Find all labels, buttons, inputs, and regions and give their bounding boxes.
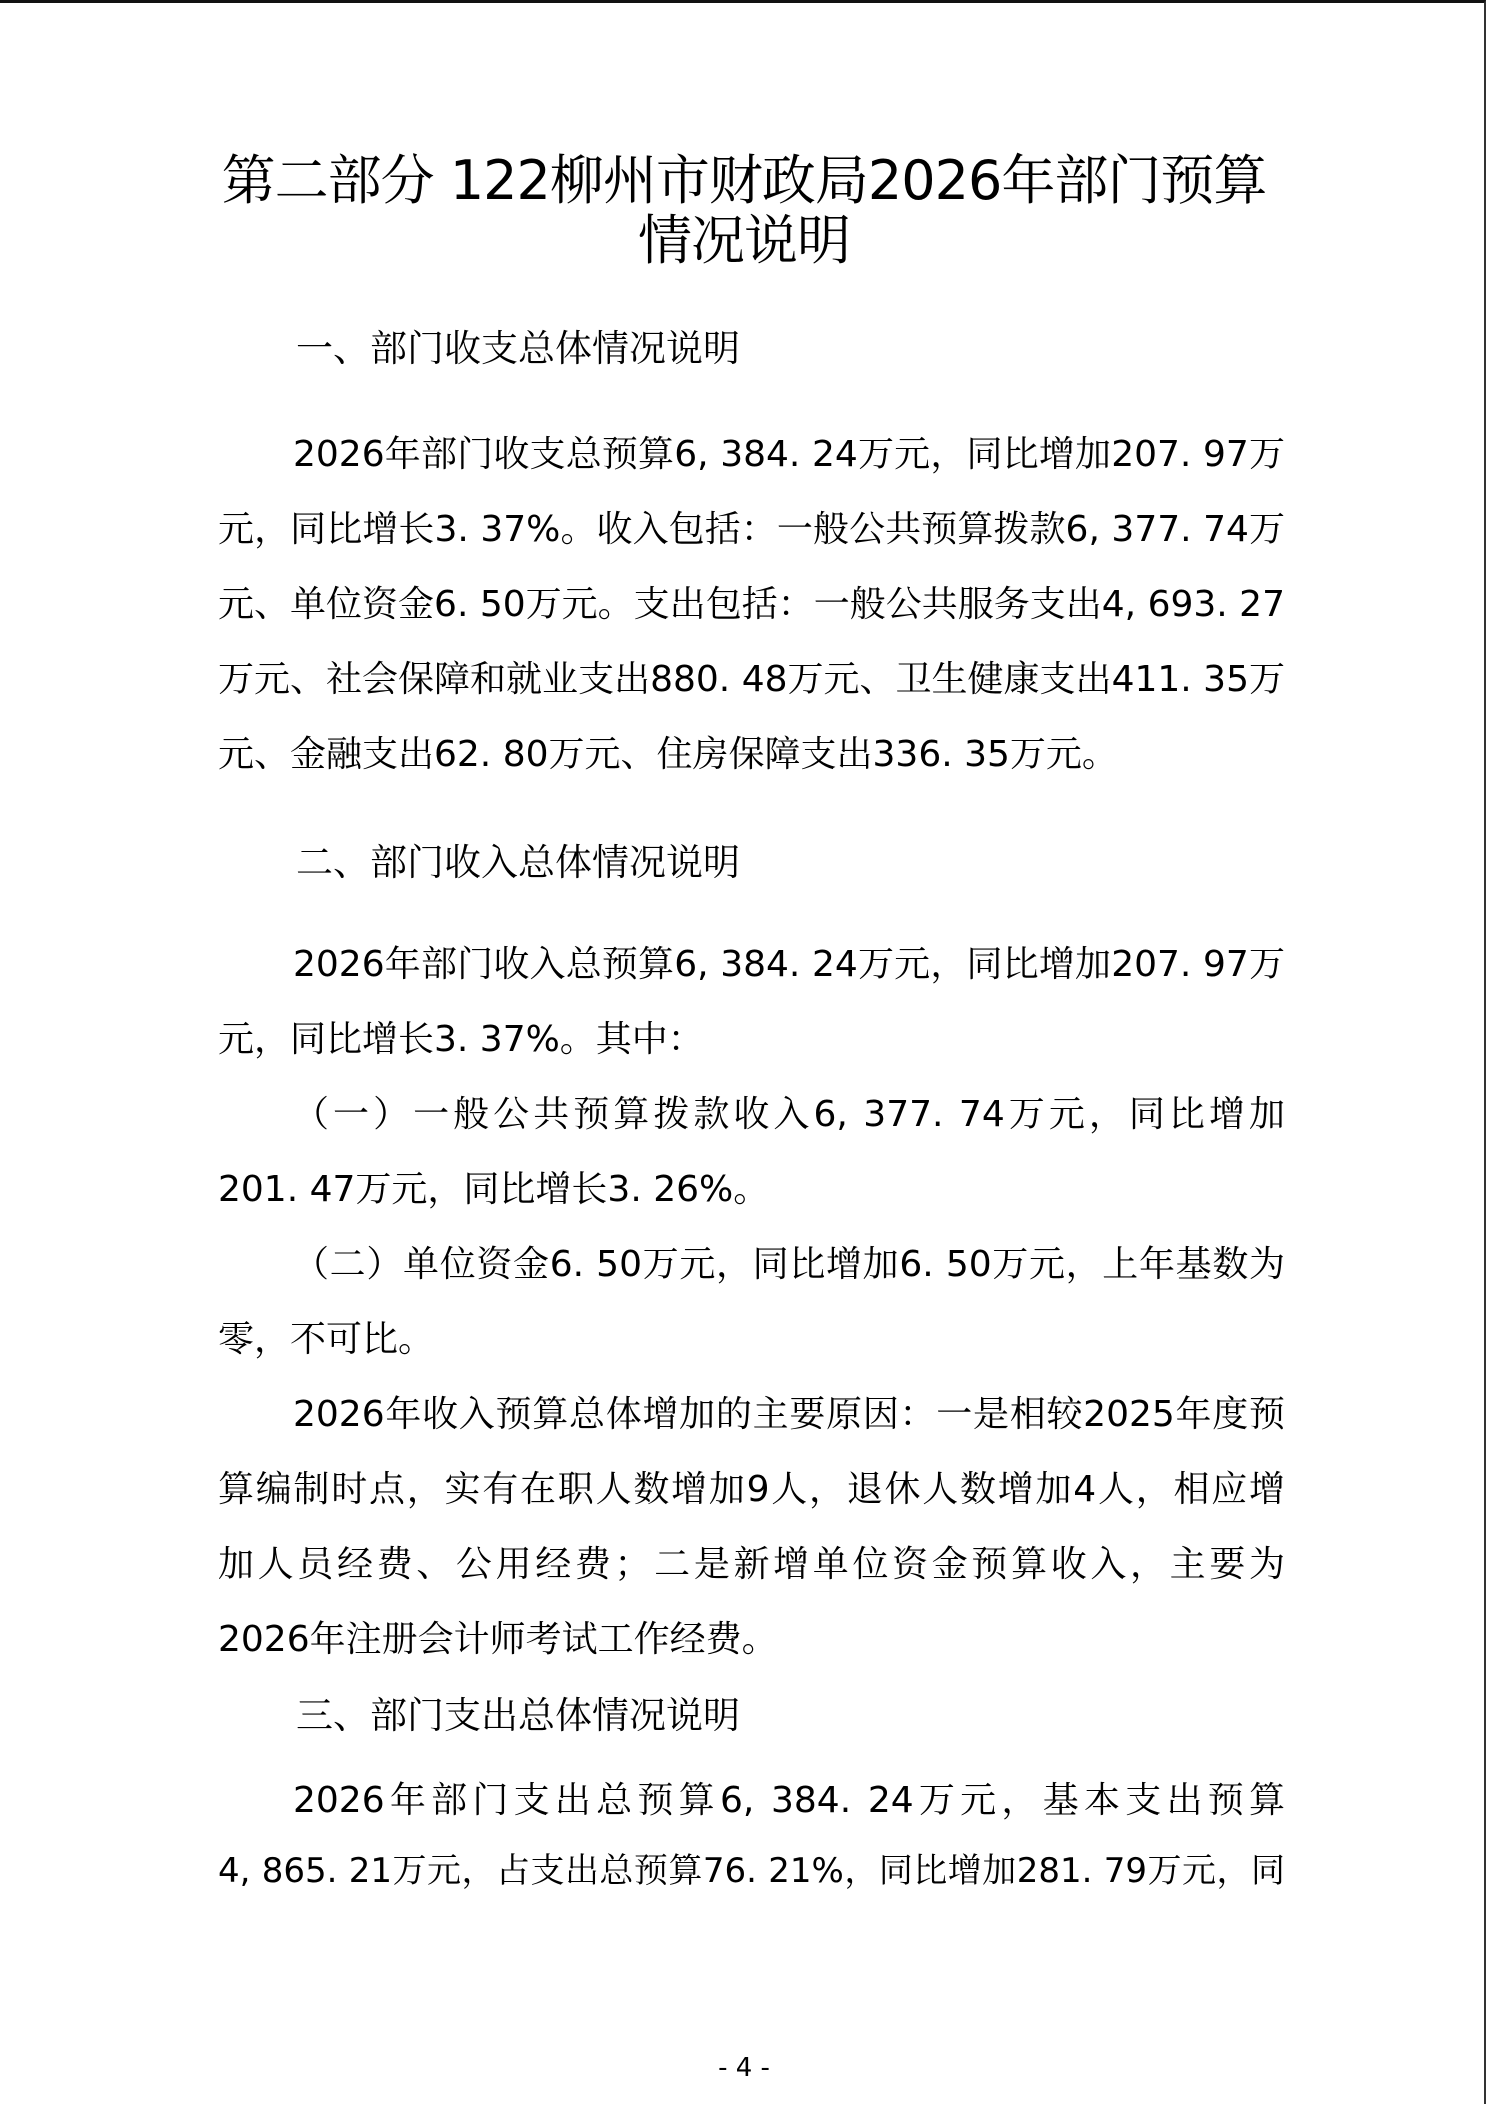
paragraph-line: 元，同比增长3. 37%。收入包括：一般公共预算拨款6, 377. 74万	[218, 508, 1285, 552]
paragraph-line: 2026年部门收入总预算6, 384. 24万元，同比增加207. 97万	[293, 943, 1285, 987]
document-page: 第二部分 122柳州市财政局2026年部门预算 情况说明 一、部门收支总体情况说…	[0, 0, 1486, 2104]
paragraph-line: 4, 865. 21万元，占支出总预算76. 21%，同比增加281. 79万元…	[218, 1849, 1285, 1893]
paragraph-line: 2026年部门收支总预算6, 384. 24万元，同比增加207. 97万	[293, 433, 1285, 477]
paragraph-line: 2026年注册会计师考试工作经费。	[218, 1618, 1285, 1662]
page-title-line-2: 情况说明	[0, 211, 1488, 271]
paragraph-line: （二）单位资金6. 50万元，同比增加6. 50万元，上年基数为	[293, 1243, 1285, 1287]
paragraph-line: 加人员经费、公用经费；二是新增单位资金预算收入，主要为	[218, 1543, 1285, 1587]
paragraph-line: （一）一般公共预算拨款收入6, 377. 74万元，同比增加	[293, 1093, 1285, 1137]
paragraph-line: 万元、社会保障和就业支出880. 48万元、卫生健康支出411. 35万	[218, 658, 1285, 702]
page-title-line-1: 第二部分 122柳州市财政局2026年部门预算	[0, 151, 1488, 211]
paragraph-line: 零，不可比。	[218, 1318, 1285, 1362]
paragraph-line: 2026年部门支出总预算6, 384. 24万元，基本支出预算	[293, 1779, 1285, 1823]
paragraph-line: 算编制时点，实有在职人数增加9人，退休人数增加4人，相应增	[218, 1468, 1285, 1512]
section-heading-2: 二、部门收入总体情况说明	[296, 841, 740, 885]
section-heading-3: 三、部门支出总体情况说明	[296, 1694, 740, 1738]
paragraph-line: 2026年收入预算总体增加的主要原因：一是相较2025年度预	[293, 1393, 1285, 1437]
paragraph-line: 元，同比增长3. 37%。其中：	[218, 1018, 1285, 1062]
paragraph-line: 元、单位资金6. 50万元。支出包括：一般公共服务支出4, 693. 27	[218, 583, 1285, 627]
page-number: - 4 -	[0, 2053, 1488, 2083]
paragraph-line: 201. 47万元，同比增长3. 26%。	[218, 1168, 1285, 1212]
section-heading-1: 一、部门收支总体情况说明	[296, 327, 740, 371]
paragraph-line: 元、金融支出62. 80万元、住房保障支出336. 35万元。	[218, 733, 1285, 777]
